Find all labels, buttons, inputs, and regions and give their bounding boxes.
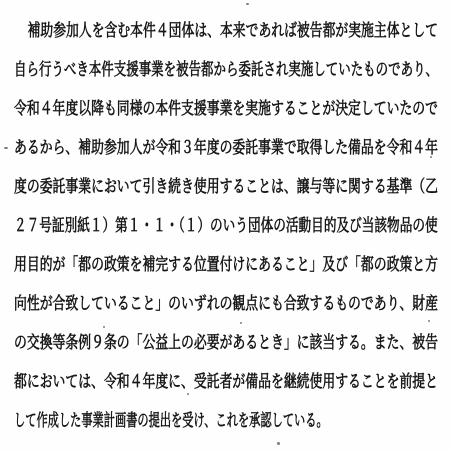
scan-artifact [4, 147, 8, 149]
scan-artifact [428, 320, 430, 322]
text-line: 都においては、令和４年度に、受託者が備品を継続使用することを前提と [14, 363, 334, 402]
text-line: 度の委託事業において引き続き使用することは、譲与等に関する基準（乙 [14, 168, 334, 207]
text-line: の交換等条例９条の「公益上の必要があるとき」に該当する。また、被告 [14, 324, 334, 363]
scan-artifact [240, 322, 242, 324]
text-line: ２７号証別紙１）第１・１・（１）のいう団体の活動目的及び当該物品の使 [14, 207, 329, 246]
text-line: あるから、補助参加人が令和３年度の委託事業で取得した備品を令和４年 [14, 129, 334, 168]
document-page: 補助参加人を含む本件４団体は、本来であれば被告都が実施主体として 自ら行うべき本… [0, 0, 451, 451]
scan-artifact [277, 442, 280, 445]
text-line: 用目的が「都の政策を補完する位置付けにあること」及び「都の政策と方 [14, 246, 334, 285]
text-line: 補助参加人を含む本件４団体は、本来であれば被告都が実施主体として [14, 12, 334, 51]
text-line: 令和４年度以降も同様の本件支援事業を実施することが決定していたので [14, 90, 334, 129]
scan-artifact [430, 156, 432, 158]
scan-artifact [187, 393, 189, 395]
text-line: 向性が合致していること」のいずれの観点にも合致するものであり、財産 [14, 285, 334, 324]
text-line: して作成した事業計画書の提出を受け、これを承認している。 [14, 402, 294, 441]
text-line: 自ら行うべき本件支援事業を被告都から委託され実施していたものであり、 [14, 51, 325, 90]
scan-artifact [246, 3, 249, 5]
scan-artifact [103, 326, 105, 328]
